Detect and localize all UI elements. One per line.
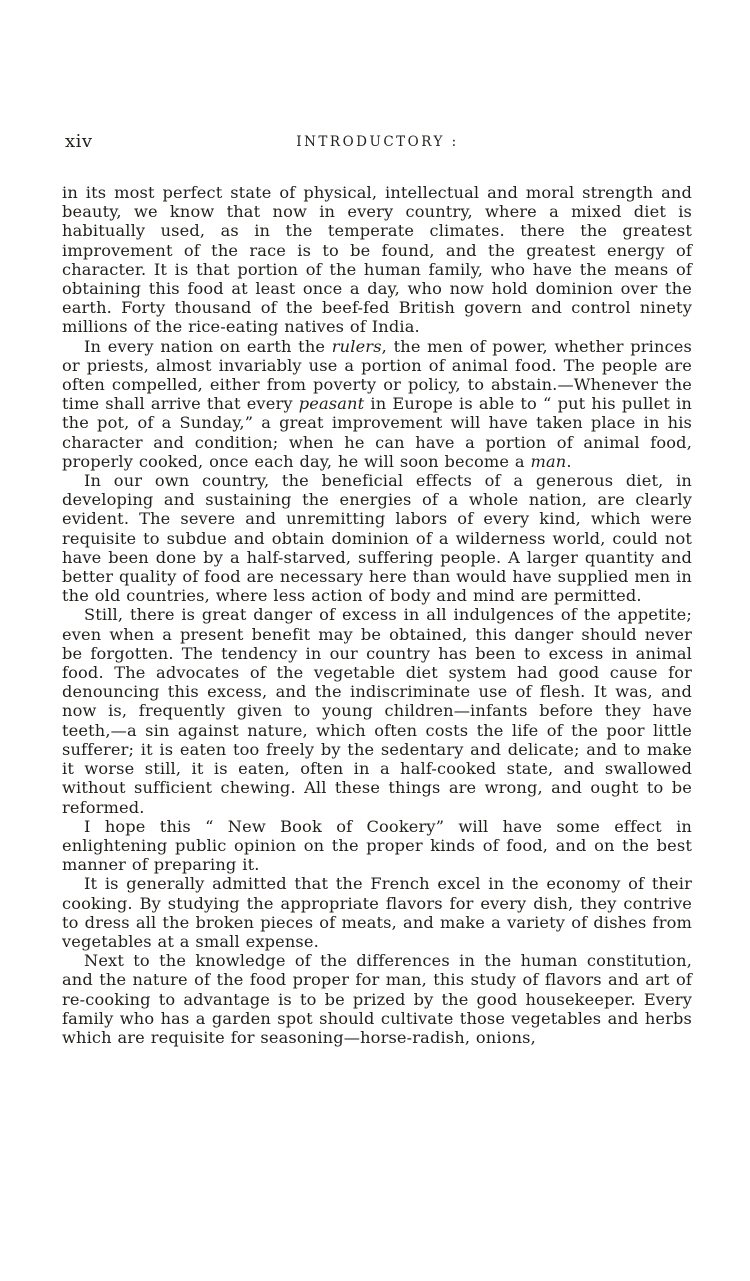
page-number: xiv xyxy=(65,131,93,152)
paragraph: In every nation on earth the rulers, the… xyxy=(62,337,692,471)
body-text: In our own country, the beneficial effec… xyxy=(62,471,692,605)
paragraph: in its most perfect state of physical, i… xyxy=(62,183,692,337)
italic-text: peasant xyxy=(299,394,365,413)
italic-text: rulers xyxy=(332,337,382,356)
paragraph: It is generally admitted that the French… xyxy=(62,874,692,951)
italic-text: man xyxy=(531,452,567,471)
paragraph: I hope this “ New Book of Cookery” will … xyxy=(62,817,692,875)
body-text: in its most perfect state of physical, i… xyxy=(62,183,692,336)
paragraph: In our own country, the beneficial effec… xyxy=(62,471,692,605)
running-header: INTRODUCTORY : xyxy=(296,134,459,150)
page-body: in its most perfect state of physical, i… xyxy=(62,183,692,1047)
book-page: xiv INTRODUCTORY : in its most perfect s… xyxy=(0,0,750,1281)
body-text: In every nation on earth the xyxy=(84,337,332,356)
page-header: xiv INTRODUCTORY : xyxy=(63,131,692,153)
body-text: Still, there is great danger of excess i… xyxy=(62,605,692,816)
body-text: Next to the knowledge of the differences… xyxy=(62,951,692,1047)
body-text: . xyxy=(566,452,571,471)
body-text: I hope this “ New Book of Cookery” will … xyxy=(62,817,692,874)
paragraph: Still, there is great danger of excess i… xyxy=(62,605,692,816)
paragraph: Next to the knowledge of the differences… xyxy=(62,951,692,1047)
body-text: It is generally admitted that the French… xyxy=(62,874,692,951)
